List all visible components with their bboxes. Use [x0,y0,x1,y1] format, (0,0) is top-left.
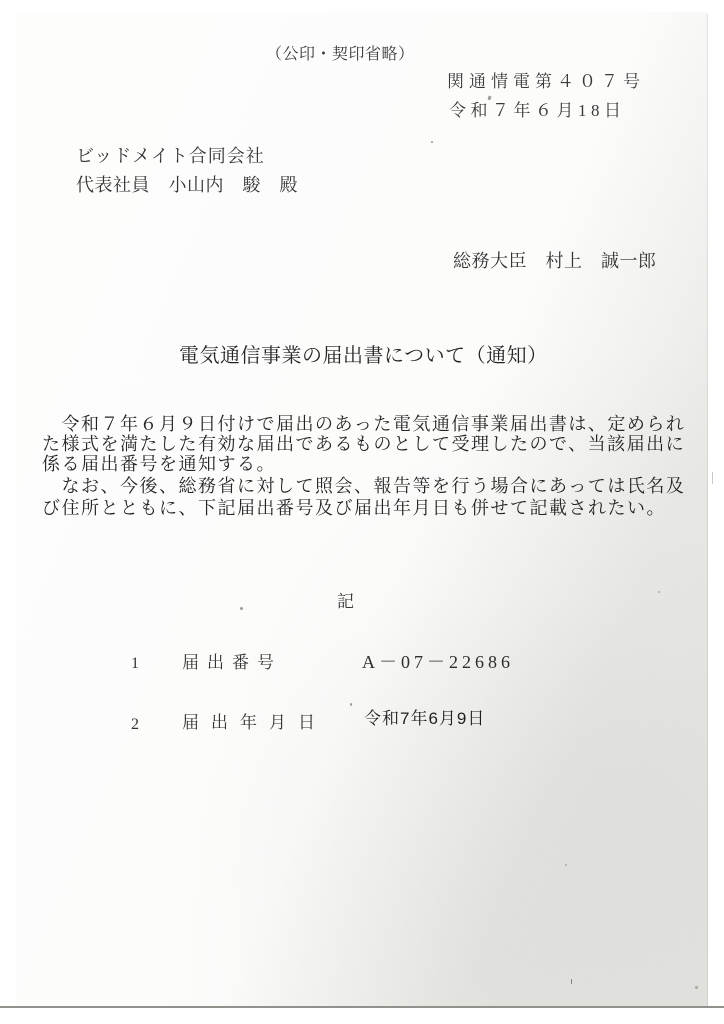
item-value-notification-date: 令和7年6月9日 [364,709,485,729]
sender-minister: 総務大臣 村上 誠一郎 [453,251,657,273]
scan-speck [658,591,660,593]
item-number: 2 [131,715,139,734]
item-label-notification-number: 届出番号 [182,653,282,673]
scan-speck [431,141,433,143]
document-title: 電気通信事業の届出書について（通知） [179,344,548,368]
seal-omitted-note: （公印・契印省略） [266,45,415,64]
ki-section-marker: 記 [337,592,354,612]
item-label-notification-date: 届出年月日 [182,713,327,733]
body-line: た様式を満たした有効な届出であるものとして受理したので、当該届出に [42,434,685,456]
body-line: び住所とともに、下記届出番号及び届出年月日も併せて記載されたい。 [42,498,666,520]
item-number: 1 [131,654,139,673]
scan-speck [695,986,698,989]
scan-right-edge [707,14,708,1006]
scan-margin [0,1008,724,1024]
scan-speck [565,864,567,866]
body-line: 係る届出番号を通知する。 [42,454,276,476]
item-value-notification-number: A－07－22686 [362,652,514,674]
scan-speck [350,703,352,706]
scan-speck [712,472,713,484]
body-line: なお、今後、総務省に対して照会、報告等を行う場合にあっては氏名及 [42,476,685,498]
recipient-company: ビッドメイト合同会社 [76,146,265,168]
body-line: 令和７年６月９日付けで届出のあった電気通信事業届出書は、定められ [42,414,685,436]
scan-speck [240,607,243,610]
scan-speck [571,979,572,984]
document-number: 関通情電第４０７号 [447,72,645,92]
issue-date: 令和７年６月18日 [449,101,626,121]
scanned-document-page: （公印・契印省略） 関通情電第４０７号 令和７年６月18日 ビッドメイト合同会社… [0,0,724,1024]
recipient-name: 代表社員 小山内 駿 殿 [76,175,298,197]
